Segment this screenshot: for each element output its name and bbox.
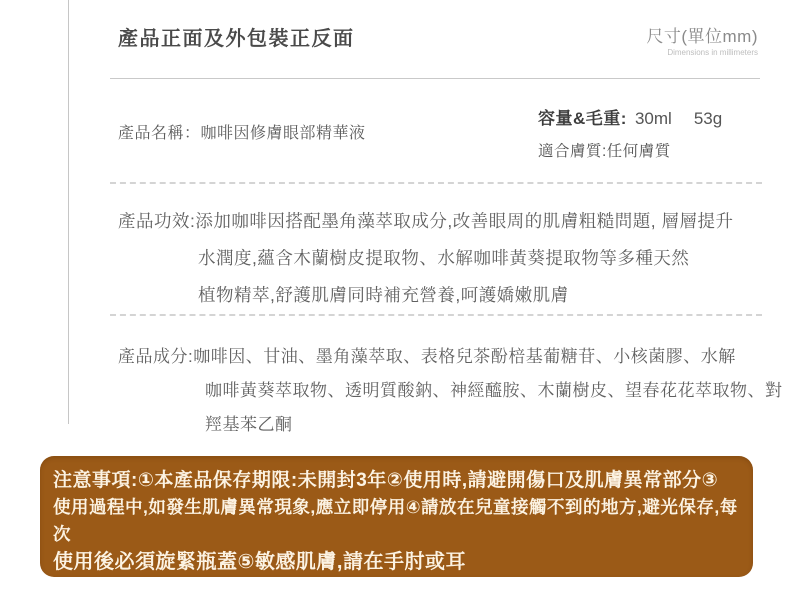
notice-line: 使用過程中,如發生肌膚異常現象,應立即停用④請放在兒童接觸不到的地方,避光保存,…: [53, 494, 740, 548]
dashed-divider-bottom: [110, 314, 762, 316]
ingredients-line: 產品成分:咖啡因、甘油、墨角藻萃取、表格兒茶酚棓基葡糖苷、小核菌膠、水解: [118, 340, 783, 374]
product-name-value: 咖啡因修膚眼部精華液: [201, 125, 366, 142]
product-name-row: 產品名稱：咖啡因修膚眼部精華液: [118, 120, 366, 143]
ingredients-line: 羥基苯乙酮: [118, 408, 783, 442]
efficacy-text: 添加咖啡因搭配墨角藻萃取成分,改善眼周的肌膚粗糙問題, 層層提升: [195, 211, 733, 231]
efficacy-line: 水潤度,蘊含木蘭樹皮提取物、水解咖啡黃葵提取物等多種天然: [118, 240, 733, 277]
notice-line: 使用後必須旋緊瓶蓋⑤敏感肌膚,請在手肘或耳: [53, 548, 740, 576]
dashed-divider-top: [110, 182, 762, 184]
efficacy-section: 產品功效:添加咖啡因搭配墨角藻萃取成分,改善眼周的肌膚粗糙問題, 層層提升 水潤…: [118, 203, 733, 314]
capacity-volume: 30ml: [635, 109, 672, 128]
efficacy-line: 產品功效:添加咖啡因搭配墨角藻萃取成分,改善眼周的肌膚粗糙問題, 層層提升: [118, 203, 733, 240]
ingredients-section: 產品成分:咖啡因、甘油、墨角藻萃取、表格兒茶酚棓基葡糖苷、小核菌膠、水解 咖啡黃…: [118, 340, 783, 442]
dimension-sublabel: Dimensions in millimeters: [646, 48, 758, 57]
product-name-label: 產品名稱：: [118, 125, 201, 142]
capacity-weight: 53g: [694, 109, 722, 128]
product-info-panel: 產品正面及外包裝正反面 尺寸(單位mm) Dimensions in milli…: [0, 0, 790, 607]
title-divider: [110, 78, 760, 79]
card-left-border: [68, 0, 69, 424]
dimension-label: 尺寸(單位mm): [646, 22, 758, 47]
page-title: 產品正面及外包裝正反面: [118, 22, 355, 51]
dimension-note: 尺寸(單位mm) Dimensions in millimeters: [646, 22, 758, 57]
skin-type-row: 適合膚質:任何膚質: [538, 139, 671, 161]
ingredients-label: 產品成分:: [118, 347, 193, 366]
capacity-row: 容量&毛重:30ml53g: [538, 104, 722, 129]
efficacy-label: 產品功效:: [118, 211, 195, 231]
capacity-label: 容量&毛重:: [538, 109, 627, 128]
notice-line: 注意事項:①本產品保存期限:未開封3年②使用時,請避開傷口及肌膚異常部分③: [53, 467, 740, 494]
ingredients-text: 咖啡因、甘油、墨角藻萃取、表格兒茶酚棓基葡糖苷、小核菌膠、水解: [193, 347, 736, 366]
ingredients-line: 咖啡黃葵萃取物、透明質酸鈉、神經醯胺、木蘭樹皮、望春花花萃取物、對: [118, 374, 783, 408]
notice-banner: 注意事項:①本產品保存期限:未開封3年②使用時,請避開傷口及肌膚異常部分③ 使用…: [40, 456, 753, 577]
efficacy-line: 植物精萃,舒護肌膚同時補充營養,呵護嬌嫩肌膚: [118, 277, 733, 314]
